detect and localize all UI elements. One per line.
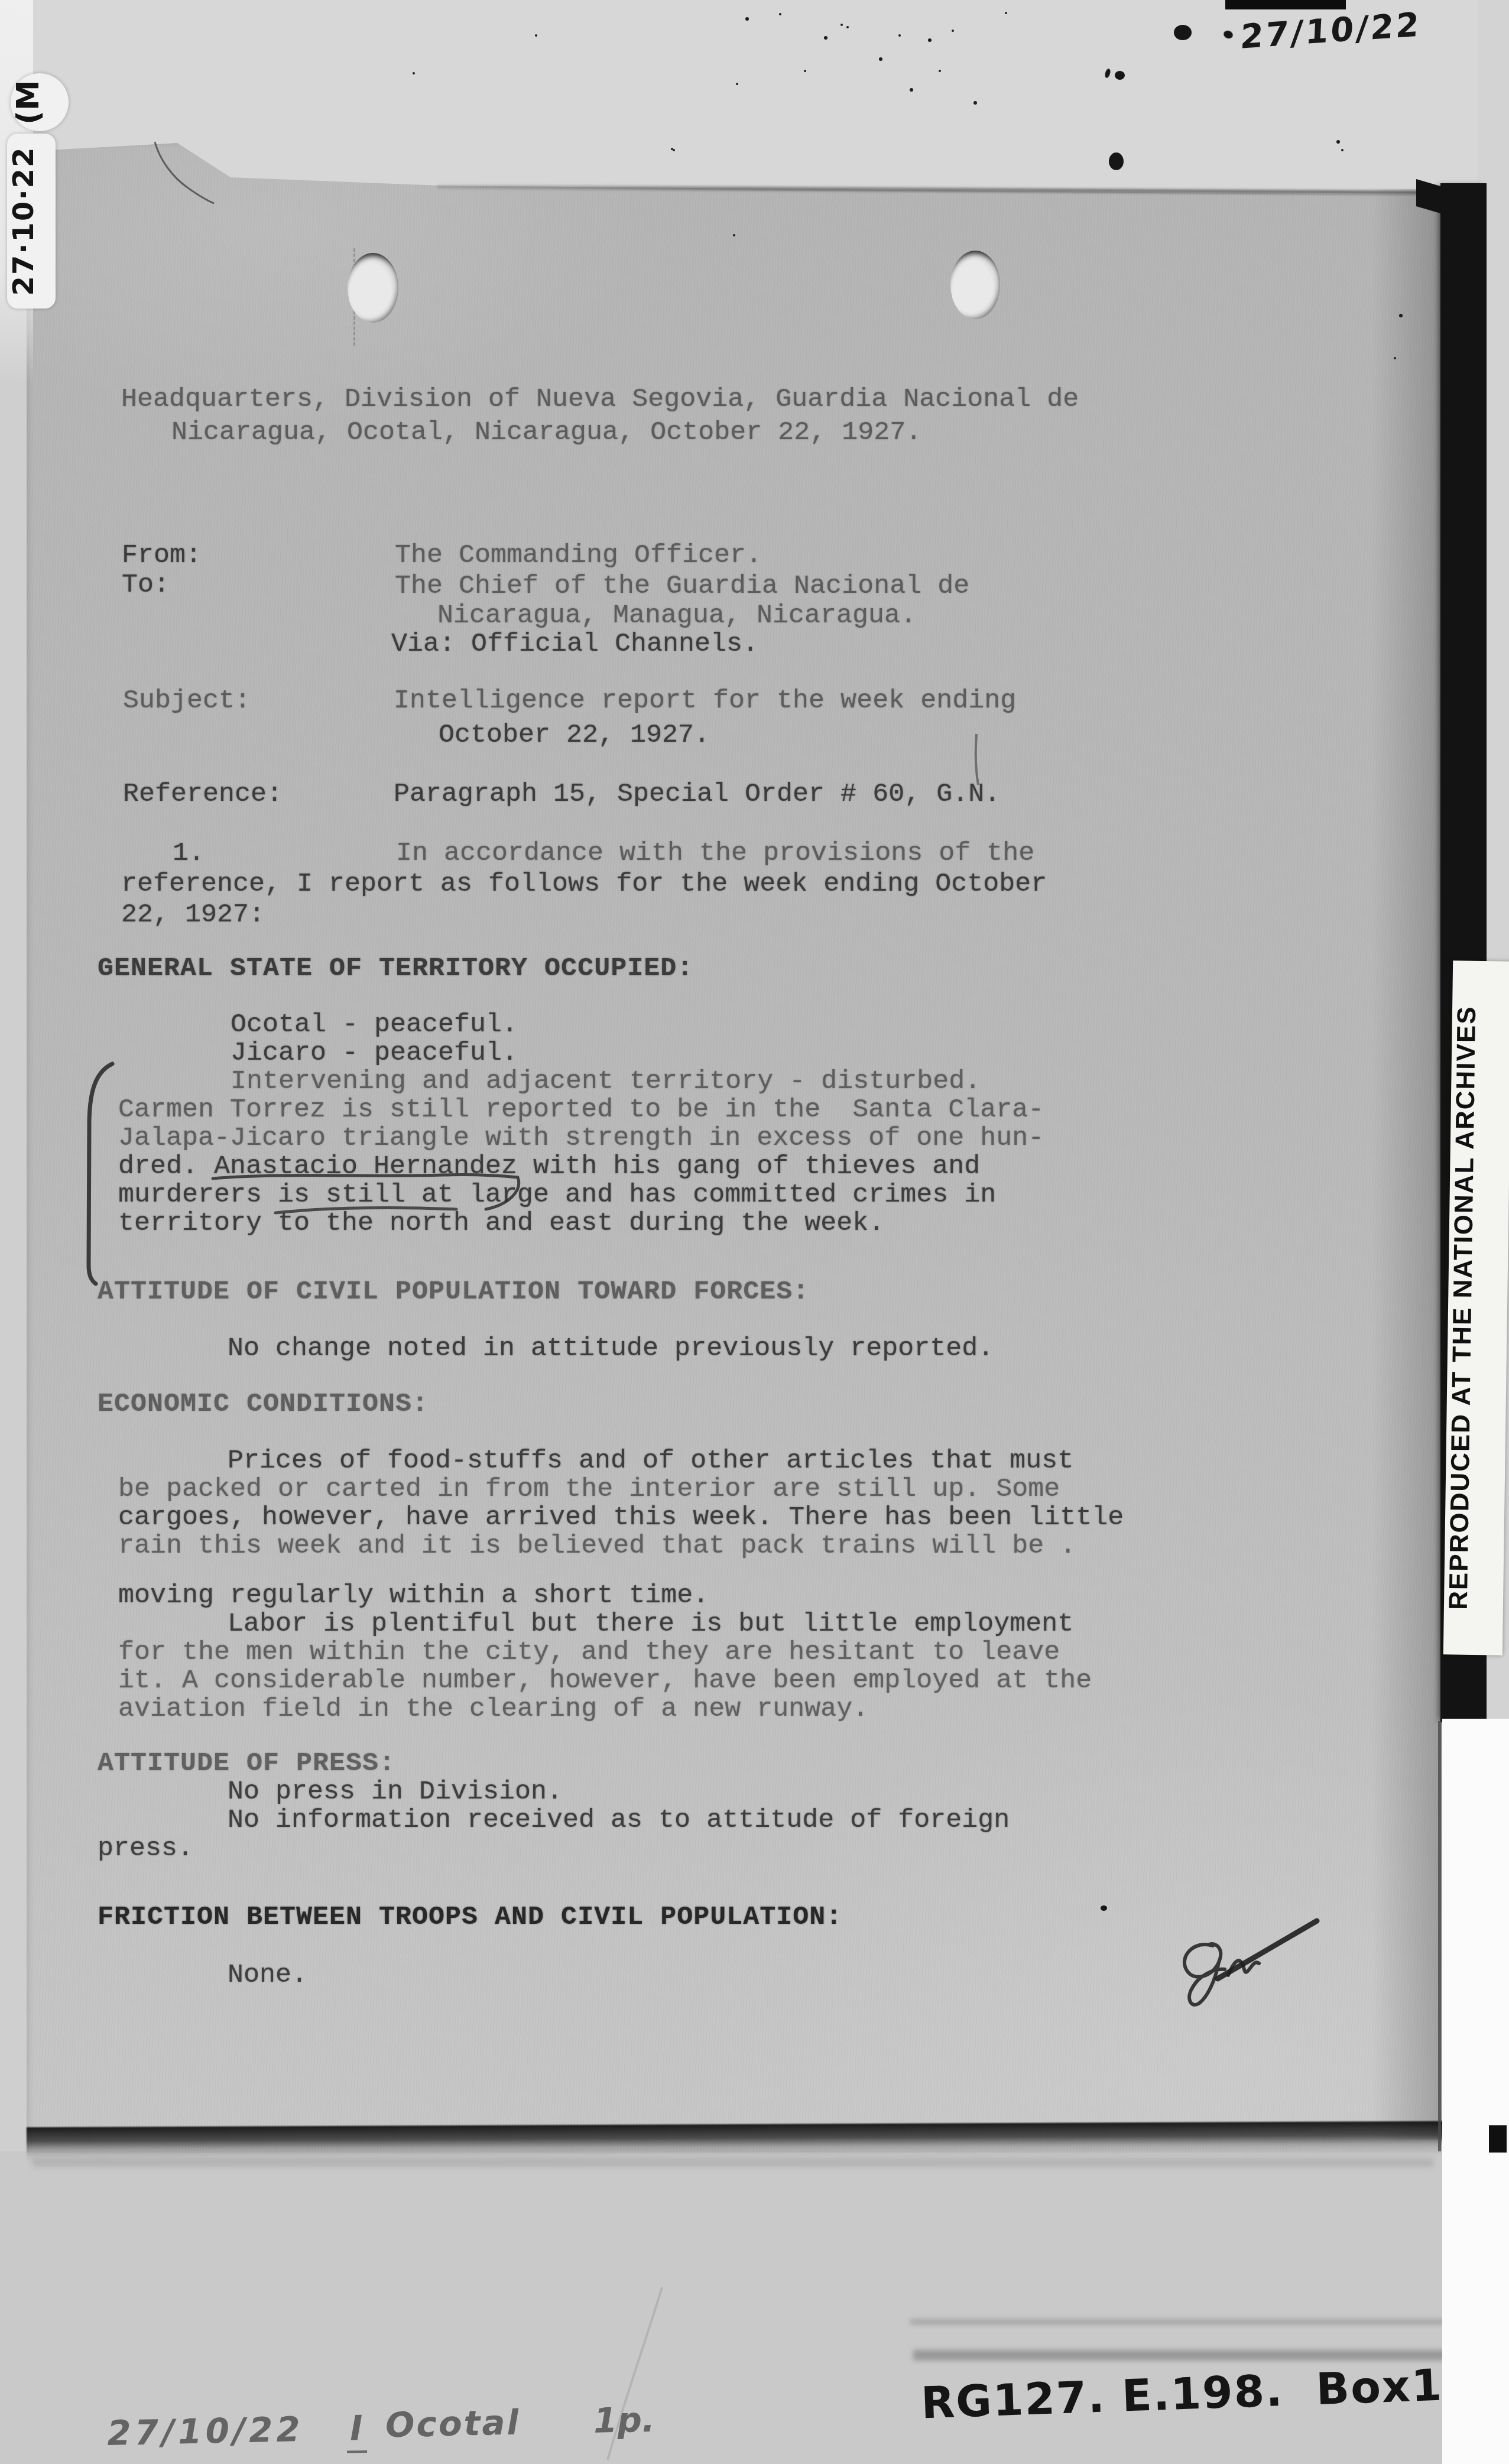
ink-speckles [0, 0, 2, 2]
underline-anastacio-hernandez [213, 1174, 519, 1209]
paper-tear-crack-line [155, 142, 214, 203]
scan-background-white-corner [1442, 1719, 1509, 2464]
ink-blob [1174, 25, 1192, 40]
scan-artifact-bar [1225, 0, 1346, 9]
signature-flourish-slash [1218, 1921, 1317, 1979]
date-label-sticker: 27·10·22 [7, 134, 56, 309]
smudge-line [910, 2319, 1445, 2325]
date-sticker-text: 27·10·22 [7, 134, 56, 309]
margin-bracket-mark [89, 1064, 112, 1284]
smudge-line [913, 2350, 1448, 2361]
ink-blob [1115, 71, 1125, 80]
scanned-document-page: Headquarters, Division of Nueva Segovia,… [0, 0, 1509, 2464]
round-sticker-text: (M [11, 73, 69, 131]
pencil-note-place: Ocotal [385, 2402, 521, 2445]
archives-label-strip: REPRODUCED AT THE NATIONAL ARCHIVES [1443, 960, 1509, 1655]
ink-blob [1109, 152, 1124, 170]
archives-label-text: REPRODUCED AT THE NATIONAL ARCHIVES [1443, 960, 1509, 1655]
pencil-note-date: 27/10/22 [107, 2409, 304, 2453]
stray-pen-mark [976, 734, 978, 785]
round-label-sticker: (M [11, 73, 69, 131]
scan-artifact-black-mark [1489, 2125, 1507, 2153]
ink-blob [1101, 1905, 1107, 1911]
paper-right-edge-line [1438, 1721, 1441, 2151]
pencil-note-numeral: I [346, 2408, 366, 2453]
handwritten-marks-overlay [0, 0, 1509, 2464]
underline-is-still-at [275, 1208, 456, 1213]
pencil-note-pages: 1p. [593, 2400, 655, 2441]
